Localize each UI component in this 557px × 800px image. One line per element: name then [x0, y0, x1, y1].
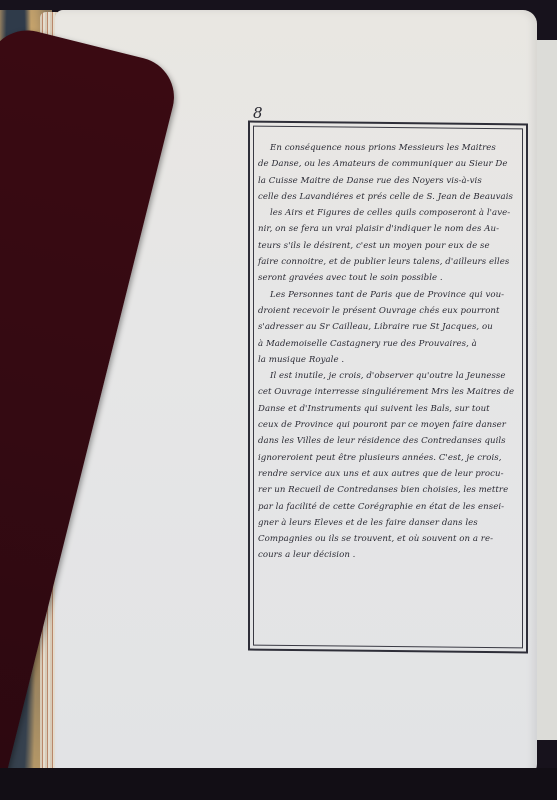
- text-line: à Mademoiselle Castagnery rue des Prouva…: [258, 336, 520, 352]
- page-text: En conséquence nous prions Messieurs les…: [258, 140, 520, 564]
- paragraph: les Airs et Figures de celles quils comp…: [258, 205, 520, 286]
- text-line: de Danse, ou les Amateurs de communiquer…: [258, 156, 520, 172]
- page-number: 8: [253, 104, 263, 122]
- text-line: En conséquence nous prions Messieurs les…: [258, 140, 520, 156]
- text-line: ignoreroient peut être plusieurs années.…: [258, 450, 520, 466]
- table-surface: [0, 768, 557, 800]
- paragraph: Les Personnes tant de Paris que de Provi…: [258, 287, 520, 368]
- text-line: cours a leur décision .: [258, 547, 520, 563]
- text-line: s'adresser au Sr Cailleau, Libraire rue …: [258, 319, 520, 335]
- text-line: les Airs et Figures de celles quils comp…: [258, 205, 520, 221]
- text-line: la Cuisse Maitre de Danse rue des Noyers…: [258, 173, 520, 189]
- text-line: celle des Lavandiéres et prés celle de S…: [258, 189, 520, 205]
- text-line: droient recevoir le présent Ouvrage chés…: [258, 303, 520, 319]
- text-line: la musique Royale .: [258, 352, 520, 368]
- text-line: gner à leurs Eleves et de les faire dans…: [258, 515, 520, 531]
- text-line: rer un Recueil de Contredanses bien choi…: [258, 482, 520, 498]
- text-line: dans les Villes de leur résidence des Co…: [258, 433, 520, 449]
- text-line: nir, on se fera un vrai plaisir d'indiqu…: [258, 221, 520, 237]
- text-line: Les Personnes tant de Paris que de Provi…: [258, 287, 520, 303]
- text-line: seront gravées avec tout le soin possibl…: [258, 270, 520, 286]
- text-line: Danse et d'Instruments qui suivent les B…: [258, 401, 520, 417]
- text-line: faire connoitre, et de publier leurs tal…: [258, 254, 520, 270]
- text-line: Compagnies ou ils se trouvent, et où sou…: [258, 531, 520, 547]
- text-line: cet Ouvrage interresse singuliérement Mr…: [258, 384, 520, 400]
- paragraph: En conséquence nous prions Messieurs les…: [258, 140, 520, 205]
- text-line: rendre service aux uns et aux autres que…: [258, 466, 520, 482]
- text-line: Il est inutile, je crois, d'observer qu'…: [258, 368, 520, 384]
- paragraph: Il est inutile, je crois, d'observer qu'…: [258, 368, 520, 564]
- text-line: teurs s'ils le désirent, c'est un moyen …: [258, 238, 520, 254]
- text-line: ceux de Province qui pouront par ce moye…: [258, 417, 520, 433]
- text-line: par la facilité de cette Corégraphie en …: [258, 499, 520, 515]
